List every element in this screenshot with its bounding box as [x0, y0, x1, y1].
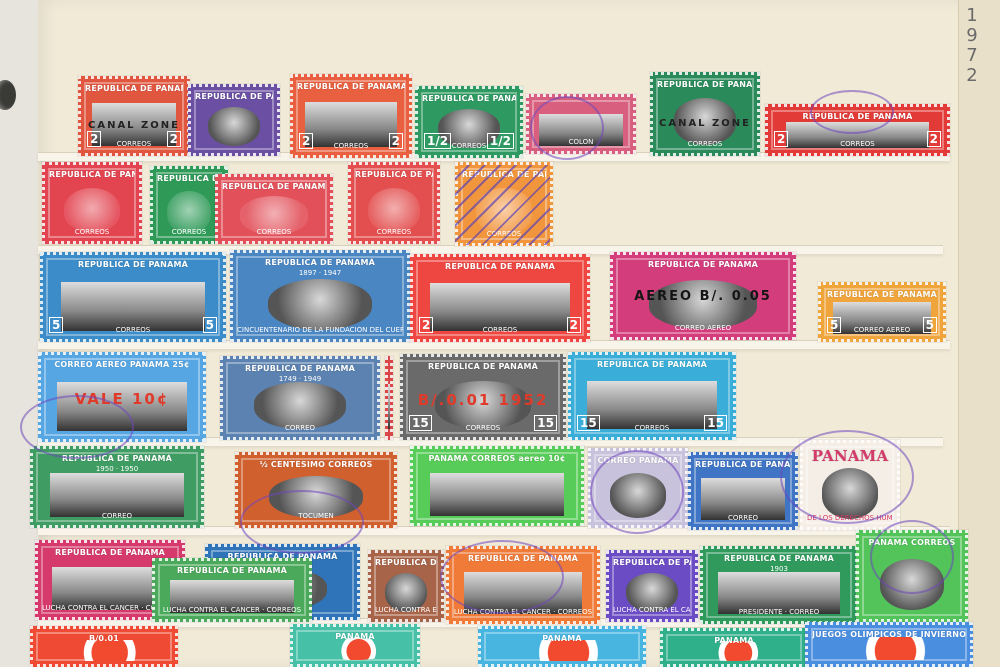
stamp-overprint: VALE 10¢ — [41, 390, 203, 408]
stamp-inscription: REPUBLICA DE PANAMA — [85, 84, 183, 93]
postage-stamp[interactable]: REPUBLICA DE PANAMACORREOSCANAL ZONE — [650, 72, 760, 156]
stamp-inscription: REPÚBLICA DE PANAMÁ — [47, 260, 219, 269]
postage-stamp[interactable]: REPUBLICA DE PANAMACORREOS1/21/2 — [415, 86, 523, 158]
postage-stamp[interactable]: REPUBLICA DE PANAMA — [188, 84, 280, 156]
stamp-engraving — [368, 188, 420, 234]
stamp-denomination-right: 1/2 — [487, 133, 514, 149]
stamp-engraving — [880, 559, 944, 611]
stamp-denomination-left: 15 — [577, 415, 600, 431]
stamp-denomination-left: 15 — [409, 415, 432, 431]
stamp-subtitle: TOCUMEN — [242, 512, 390, 520]
stamp-denomination-right: 15 — [534, 415, 557, 431]
postage-stamp[interactable]: REPÚBLICA DE PANAMÁCORREO1950 · 1950 — [30, 446, 204, 528]
stamp-inscription: PANAMA CORREOS aereo 10¢ — [417, 454, 577, 463]
stamp-subtitle: LUCHA CONTRA EL CÁNCER — [375, 606, 437, 614]
stamp-inscription: REPÚBLICA DE PANAMA — [227, 364, 373, 373]
postage-stamp[interactable]: REPÚBLICA DE PANAMÁCORREOS1515 — [568, 352, 736, 440]
stamp-engraving — [47, 640, 161, 660]
album-binding — [0, 0, 38, 667]
stamp-denomination-left: 1/2 — [424, 133, 451, 149]
stamp-inscription: CORREO AEREO PANAMA 25¢ — [45, 360, 199, 369]
postage-stamp[interactable]: REPUBLICA DE PANAMACORREOS — [348, 162, 440, 244]
stamp-inscription: REPUBLICA DE PANAMA — [707, 554, 851, 563]
stamp-subtitle: CORREOS — [462, 230, 546, 238]
postage-stamp[interactable]: REPUBLICA DE PANAMACORREO — [688, 452, 798, 530]
stamp-inscription: REPUBLICA DE PANAMA — [422, 94, 516, 103]
stamp-inscription: REPÚBLICA DE PANAMÁ — [407, 362, 559, 371]
postage-stamp[interactable]: PANAMA — [660, 628, 808, 667]
stamp-engraving — [497, 640, 627, 660]
stamp-subtitle: CORREOS — [49, 228, 135, 236]
stamp-inscription: PANAMA — [807, 448, 893, 464]
stamp-inscription: REPÚBLICA DE PANAMA — [772, 112, 943, 121]
stamp-inscription: REPUBLICA DE PANAMA — [195, 92, 273, 101]
postage-stamp[interactable]: CORREO AEREO PANAMA 25¢VALE 10¢ — [38, 352, 206, 442]
stamp-inscription: REPUBLICA DE PANAMA — [355, 170, 433, 179]
postage-stamp[interactable]: REPÚBLICA DE PANAMÁCORREOS55 — [40, 252, 226, 342]
stamp-inscription: REPÚBLICA DE PANAMÁ — [613, 558, 691, 567]
stamp-subtitle: CORREOS — [657, 140, 753, 148]
stamp-inscription: PANAMA — [667, 636, 801, 645]
stamp-inscription: ½ CENTÉSIMO CORREOS — [242, 460, 390, 469]
stamp-subtitle: CORREO — [227, 424, 373, 432]
postage-stamp[interactable]: REPUBLICA DE PANAMACORREOS22CANAL ZONE — [78, 76, 190, 156]
stamp-engraving — [61, 282, 205, 331]
stamp-subtitle: COLON — [533, 138, 629, 146]
stamp-denomination-right: 2 — [567, 317, 581, 333]
stamp-overprint: CANAL ZONE — [81, 120, 187, 131]
stamp-subtitle: CORREO — [695, 514, 791, 522]
stamp-denomination-right: 2 — [927, 131, 941, 147]
postage-stamp[interactable]: REPÚBLICA DE PANAMACORREOS22 — [765, 104, 950, 156]
stamp-inscription: REPÚBLICA DE PANAMA — [617, 260, 789, 269]
stamp-denomination-left: 2 — [87, 131, 101, 147]
stamp-inscription: REPUBLICA DE PANAMA — [49, 170, 135, 179]
stamp-engraving — [610, 473, 666, 517]
stamp-subtitle: LUCHA CONTRA EL CANCER · CORREOS — [453, 608, 593, 616]
postage-stamp[interactable]: REPÚBLICA DE PANAMÁLUCHA CONTRA EL CANCE… — [606, 550, 698, 622]
postage-stamp[interactable]: REPUBLICA DE PANAMAPRESIDENTE · CORREO19… — [700, 546, 858, 624]
stamp-subtitle: CORREO AEREO — [617, 324, 789, 332]
postage-stamp[interactable]: REPÚBLICA DE PANAMACORREO AEREO55 — [818, 282, 946, 342]
stamp-years: 1897 · 1947 — [237, 269, 403, 277]
stamp-engraving — [254, 382, 346, 429]
stamp-inscription: REPUBLICA DE PANAMA — [462, 170, 546, 179]
postage-stamp[interactable]: REPUBLICA DE PANAMACORREOS — [42, 162, 142, 244]
stamp-subtitle: CORREOS — [157, 228, 221, 236]
stamp-engraving — [430, 473, 564, 516]
postage-stamp[interactable]: REPÚBLICA DE PANAMÁCINCUENTENARIO DE LA … — [230, 250, 410, 342]
stamp-denomination-right: 2 — [389, 133, 403, 149]
stamp-denomination-right: 15 — [704, 415, 727, 431]
stamp-subtitle: CORREOS — [355, 228, 433, 236]
postage-stamp[interactable]: REPUBLICA DE PANAMACORREOS — [215, 174, 333, 244]
stamp-denomination-right: 5 — [923, 317, 937, 333]
postage-stamp[interactable]: REPÚBLICA DE PANAMACORREOS22 — [410, 254, 590, 342]
stamp-inscription: B/0.01 — [37, 634, 171, 643]
postage-stamp[interactable]: REPÚBLICA DE PANAMALUCHA CONTRA EL CÁNCE… — [368, 550, 444, 622]
stamp-inscription: PANAMA CORREOS — [863, 538, 961, 547]
postage-stamp[interactable]: REPUBLICA DE PANAMACORREOS — [455, 162, 553, 246]
stamp-subtitle: CORREOS — [47, 326, 219, 334]
stamp-inscription: REPUBLICA DE PANAMA — [297, 82, 405, 91]
postage-stamp[interactable]: CORREO PANAMA — [588, 448, 688, 528]
postage-stamp[interactable]: REPÚBLICA DE PANAMACORREO1749 · 1949 — [220, 356, 380, 440]
stamp-inscription: REPUBLICA DE PANAMA — [222, 182, 326, 191]
stamp-engraving — [318, 638, 392, 660]
stamp-years: 1749 · 1949 — [227, 375, 373, 383]
postage-stamp[interactable]: PANAMADE LOS DERECHOS HUMANOS — [800, 440, 900, 530]
stamp-years: 1903 — [707, 565, 851, 573]
stamp-inscription: REPUBLICA DE PANAMA — [157, 174, 221, 183]
stamp-subtitle: CORREOS — [222, 228, 326, 236]
stamp-denomination-left: 2 — [299, 133, 313, 149]
stamp-engraving — [587, 381, 717, 429]
stamp-inscription: REPÚBLICA DE PANAMÁ — [37, 454, 197, 463]
stamp-subtitle: CORREOS — [772, 140, 943, 148]
stamp-subtitle: CINCUENTENARIO DE LA FUNDACIÓN DEL CUERP… — [237, 326, 403, 334]
stamp-inscription: REPÚBLICA DE PANAMÁ — [237, 258, 403, 267]
postage-stamp[interactable]: REPÚBLICA DE PANAMÁLUCHA CONTRA EL CANCE… — [152, 558, 312, 622]
stamp-inscription: REPÚBLICA DE PANAMA — [417, 262, 583, 271]
stamp-denomination-right: 5 — [203, 317, 217, 333]
postage-stamp[interactable]: PANAMA CORREOS aereo 10¢ — [410, 446, 584, 526]
stamp-inscription: REPÚBLICA DE PANAMA — [825, 290, 939, 299]
postage-stamp[interactable]: JUEGOS OLIMPICOS DE INVIERNO — [805, 622, 973, 667]
stamp-subtitle: PRESIDENTE · CORREO — [707, 608, 851, 616]
postage-stamp[interactable]: REPÚBLICA DE PANAMÁLUCHA CONTRA EL CANCE… — [446, 546, 600, 624]
stamp-subtitle: CORREO — [37, 512, 197, 520]
postage-stamp[interactable]: REPUBLICA DE PANAMACORREOS1914 · 1939 — [385, 356, 393, 440]
stamp-inscription: REPÚBLICA DE PANAMA — [42, 548, 178, 557]
stamp-inscription: JUEGOS OLIMPICOS DE INVIERNO — [812, 630, 966, 639]
stamp-engraving — [824, 637, 954, 660]
stamp-denomination-left: 5 — [49, 317, 63, 333]
postage-stamp[interactable]: PANAMA CORREOS — [856, 530, 968, 622]
stamp-inscription: REPUBLICA DE PANAMA — [657, 80, 753, 89]
handwritten-year-note: 1972 — [962, 6, 982, 86]
stamp-engraving — [476, 188, 531, 235]
stamp-overprint: B/.0.01 1952 — [403, 391, 563, 409]
stamp-years: 1950 · 1950 — [37, 465, 197, 473]
postage-stamp[interactable]: REPUBLICA DE PANAMACORREOS22 — [290, 74, 412, 158]
postage-stamp[interactable]: REPÚBLICA DE PANAMACORREO AEREOAEREO B/.… — [610, 252, 796, 340]
stamp-engraving — [822, 468, 878, 518]
stamp-inscription: PANAMA — [485, 634, 639, 643]
stamp-denomination-left: 5 — [827, 317, 841, 333]
stamp-engraving — [268, 279, 372, 331]
stamp-denomination-left: 2 — [774, 131, 788, 147]
stamp-engraving — [305, 102, 398, 147]
postage-stamp[interactable]: REPÚBLICA DE PANAMÁCORREOS1515B/.0.01 19… — [400, 354, 566, 440]
postage-stamp[interactable]: B/0.01 — [30, 626, 178, 667]
stamp-subtitle: DE LOS DERECHOS HUMANOS — [807, 514, 893, 522]
stamp-inscription: REPUBLICA DE PANAMA — [695, 460, 791, 469]
stamp-inscription: CORREO PANAMA — [595, 456, 681, 465]
stamp-inscription: REPÚBLICA DE PANAMÁ — [575, 360, 729, 369]
stamp-inscription: REPÚBLICA DE PANAMÁ — [453, 554, 593, 563]
postage-stamp[interactable]: COLON — [526, 94, 636, 154]
stamp-denomination-right: 2 — [167, 131, 181, 147]
stamp-engraving — [208, 107, 260, 147]
postage-stamp[interactable]: PANAMA — [290, 624, 420, 667]
stamp-inscription: REPÚBLICA DE PANAMA — [375, 558, 437, 567]
stamp-subtitle: CORREOS — [417, 326, 583, 334]
stamp-engraving — [50, 473, 184, 517]
stamp-engraving — [388, 384, 390, 429]
stamp-frame — [391, 362, 393, 434]
stamp-overprint: AEREO B/. 0.05 — [613, 289, 793, 304]
stamp-subtitle: LUCHA CONTRA EL CANCER · CORREOS — [159, 606, 305, 614]
stamp-overprint: CANAL ZONE — [653, 118, 757, 129]
stamp-inscription: REPÚBLICA DE PANAMÁ — [159, 566, 305, 575]
stamp-inscription: PANAMA — [297, 632, 413, 641]
stamp-subtitle: LUCHA CONTRA EL CANCER · CORREOS — [613, 606, 691, 614]
postage-stamp[interactable]: PANAMA — [478, 626, 646, 667]
stamp-engraving — [64, 188, 120, 234]
stamp-denomination-left: 2 — [419, 317, 433, 333]
binder-ring-hole — [0, 80, 16, 110]
stamp-engraving — [430, 283, 569, 331]
postage-stamp[interactable]: ½ CENTÉSIMO CORREOSTOCUMEN — [235, 452, 397, 528]
